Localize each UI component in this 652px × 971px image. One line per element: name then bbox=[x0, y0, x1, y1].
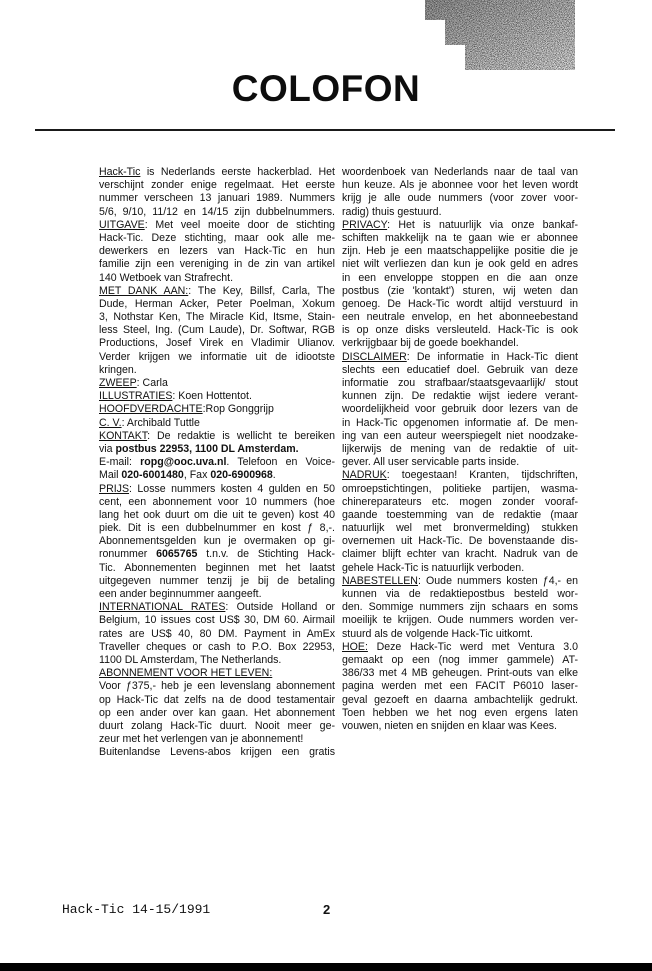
body-text: less Steel, Ing. (Cum Laude), Dr. Softwa… bbox=[99, 324, 335, 336]
scan-noise-decoration bbox=[425, 0, 575, 70]
body-text: hun keuze. Als je abonnee voor het leven… bbox=[342, 179, 578, 191]
body-text: Verder krijgen we informatie uit de idio… bbox=[99, 351, 335, 363]
text-line: lijkerwijs de mening van de redaktie of … bbox=[342, 443, 578, 456]
section-heading: ZWEEP bbox=[99, 377, 137, 389]
body-text: E-mail: bbox=[99, 456, 140, 468]
text-line: op Hack-Tic dat zelfs na de dood testame… bbox=[99, 694, 335, 707]
text-line: krijg je alle oude nummers (voor zover v… bbox=[342, 192, 578, 205]
section-heading: C. V. bbox=[99, 417, 122, 429]
text-line: ronummer 6065765 t.n.v. de Stichting Hac… bbox=[99, 548, 335, 561]
body-text: claimer blijft echter van kracht. Nadruk… bbox=[342, 548, 578, 560]
text-line: dewerkers en lezers van Hack-Tic en hun bbox=[99, 245, 335, 258]
body-text: informatie zou strafbaar/staatsgevaarlij… bbox=[342, 377, 578, 389]
body-text: zijn. Heb je een maatschappelijke positi… bbox=[342, 245, 578, 257]
text-line: ing van een auteur weerspiegelt niet noo… bbox=[342, 430, 578, 443]
text-line: den. Sommige nummers zijn schaars en som… bbox=[342, 601, 578, 614]
body-text: Hack-Tic. Deze stichting, maar ook alle … bbox=[99, 232, 335, 244]
section-heading: INTERNATIONAL RATES bbox=[99, 601, 225, 613]
text-line: UITGAVE: Met veel moeite door de stichti… bbox=[99, 219, 335, 232]
section-heading: ILLUSTRATIES bbox=[99, 390, 172, 402]
body-text: kunnen zijn. De redaktie wijst iedere ve… bbox=[342, 390, 578, 402]
text-line: schiften makkelijk na te gaan wie er abo… bbox=[342, 232, 578, 245]
body-text: t.n.v. de Stichting Hack- bbox=[197, 548, 335, 560]
text-line: een ander beginnummer aangeeft. bbox=[99, 588, 335, 601]
body-text: kringen. bbox=[99, 364, 137, 376]
body-text: schiften makkelijk na te gaan wie er abo… bbox=[342, 232, 578, 244]
text-line: INTERNATIONAL RATES: Outside Holland or bbox=[99, 601, 335, 614]
body-text: woordelijkheid voor gebruik door lezers … bbox=[342, 403, 578, 415]
text-line: NADRUK: toegestaan! Kranten, tijdschrift… bbox=[342, 469, 578, 482]
body-text: op Hack-Tic dat zelfs na de dood testame… bbox=[99, 694, 335, 706]
text-line: gever. All user servicable parts inside. bbox=[342, 456, 578, 469]
text-line: HOE: Deze Hack-Tic werd met Ventura 3.0 bbox=[342, 641, 578, 654]
text-line: slechts een educatief doel. Gebruik van … bbox=[342, 364, 578, 377]
text-line: Buitenlandse Levens-abos krijgen een gra… bbox=[99, 746, 335, 759]
section-heading: MET DANK AAN: bbox=[99, 285, 188, 297]
section-heading: HOOFDVERDACHTE bbox=[99, 403, 203, 415]
text-line: uitgegeven nummer tenzij je bij de betal… bbox=[99, 575, 335, 588]
text-line: via postbus 22953, 1100 DL Amsterdam. bbox=[99, 443, 335, 456]
body-text: dewerkers en lezers van Hack-Tic en hun bbox=[99, 245, 335, 257]
page-title: COLOFON bbox=[0, 68, 652, 110]
text-line: Tic. Abonnementen beginnen met het laats… bbox=[99, 562, 335, 575]
text-line: niet wilt verliezen dan kun je ook geld … bbox=[342, 258, 578, 271]
body-text: op een ander over kan gaan. Het abonneme… bbox=[99, 707, 335, 719]
text-line: ILLUSTRATIES: Koen Hottentot. bbox=[99, 390, 335, 403]
text-line: HOOFDVERDACHTE:Rop Gonggrijp bbox=[99, 403, 335, 416]
text-line: zeur met het verlengen van je abonnement… bbox=[99, 733, 335, 746]
body-text: postbus (zie 'kontakt') sturen, wij wete… bbox=[342, 285, 578, 297]
body-text: in een enveloppe stoppen en die aan onze bbox=[342, 272, 578, 284]
text-line: overnemen uit Hack-Tic. De bovenstaande … bbox=[342, 535, 578, 548]
text-line: PRIJS: Losse nummers kosten 4 gulden en … bbox=[99, 483, 335, 496]
body-text: zeur met het verlengen van je abonnement… bbox=[99, 733, 303, 745]
body-text: duurt zolang Hack-Tic duurt. Nooit meer … bbox=[99, 720, 335, 732]
text-line: kunnen via de redaktiepostbus besteld wo… bbox=[342, 588, 578, 601]
text-line: in Hack-Tic opgenomen informatie af. De … bbox=[342, 417, 578, 430]
body-text: vouwen, nieten en snijden en klaar was K… bbox=[342, 720, 557, 732]
text-line: hun keuze. Als je abonnee voor het leven… bbox=[342, 179, 578, 192]
text-line: gemaakt op een (nog immer gammele) AT- bbox=[342, 654, 578, 667]
text-line: Voor ƒ375,- heb je een levenslang abonne… bbox=[99, 680, 335, 693]
body-text: natuurlijk wel met bronvermelding) stukk… bbox=[342, 522, 578, 534]
text-line: rates are US$ 40, 80 DM. Payment in AmEx bbox=[99, 628, 335, 641]
body-text: Productions, Josef Virek en Vladimir Uli… bbox=[99, 337, 335, 349]
right-text-column: woordenboek van Nederlands naar de taal … bbox=[342, 166, 578, 733]
body-text: : Koen Hottentot. bbox=[172, 390, 252, 402]
text-line: cent, een abonnement voor 10 nummers (ho… bbox=[99, 496, 335, 509]
body-text: Abonnementsgelden kun je overmaken op gi… bbox=[99, 535, 335, 547]
text-line: Mail 020-6001480, Fax 020-6900968. bbox=[99, 469, 335, 482]
section-heading: PRIJS bbox=[99, 483, 129, 495]
body-text: : Het is natuurlijk via onze bankaf- bbox=[387, 219, 578, 231]
text-line: Verder krijgen we informatie uit de idio… bbox=[99, 351, 335, 364]
body-text: . bbox=[273, 469, 276, 481]
body-text: 3, Nothstar Ken, The Miracle Kid, Itsme,… bbox=[99, 311, 335, 323]
text-line: claimer blijft echter van kracht. Nadruk… bbox=[342, 548, 578, 561]
body-text: lijkerwijs de mening van de redaktie of … bbox=[342, 443, 578, 455]
body-text: is op onze disks versleuteld. Hack-Tic i… bbox=[342, 324, 578, 336]
text-line: MET DANK AAN:: The Key, Billsf, Carla, T… bbox=[99, 285, 335, 298]
body-text: Dude, Herman Acker, Peter Poelman, Xokum bbox=[99, 298, 335, 310]
body-text: . Telefoon en Voice- bbox=[226, 456, 335, 468]
body-text: 1100 DL Amsterdam, The Netherlands. bbox=[99, 654, 281, 666]
body-text: : The Key, Billsf, Carla, The bbox=[188, 285, 335, 297]
body-text: : Archibald Tuttle bbox=[122, 417, 200, 429]
body-text: ing van een auteur weerspiegelt niet noo… bbox=[342, 430, 578, 442]
section-heading: DISCLAIMER bbox=[342, 351, 407, 363]
text-line: Hack-Tic. Deze stichting, maar ook alle … bbox=[99, 232, 335, 245]
bold-text: ropg@ooc.uva.nl bbox=[140, 456, 226, 468]
body-text: slechts een educatief doel. Gebruik van … bbox=[342, 364, 578, 376]
section-heading: KONTAKT bbox=[99, 430, 147, 442]
bold-text: 020-6900968 bbox=[210, 469, 272, 481]
body-text: : toegestaan! Kranten, tijdschriften, bbox=[387, 469, 578, 481]
body-text: piek. Dit is een dubbelnummer en kost ƒ … bbox=[99, 522, 335, 534]
text-line: 3, Nothstar Ken, The Miracle Kid, Itsme,… bbox=[99, 311, 335, 324]
section-heading: PRIVACY bbox=[342, 219, 387, 231]
text-line: Toen hebben we het nog even ergens laten bbox=[342, 707, 578, 720]
text-line: geval gezoeft en daarna ambachtelijk ged… bbox=[342, 694, 578, 707]
body-text: gehele Hack-Tic is natuurlijk verboden. bbox=[342, 562, 524, 574]
text-line: Hack-Tic is Nederlands eerste hackerblad… bbox=[99, 166, 335, 179]
text-line: nummer verscheen 13 januari 1989. Nummer… bbox=[99, 192, 335, 205]
text-line: duurt zolang Hack-Tic duurt. Nooit meer … bbox=[99, 720, 335, 733]
text-line: stuurd als de volgende Hack-Tic uitkomt. bbox=[342, 628, 578, 641]
body-text: niet wilt verliezen dan kun je ook geld … bbox=[342, 258, 578, 270]
section-heading: Hack-Tic bbox=[99, 166, 140, 178]
body-text: den. Sommige nummers zijn schaars en som… bbox=[342, 601, 578, 613]
text-line: verkrijgbaar bij de goede boekhandel. bbox=[342, 337, 578, 350]
text-line: moeilijk te krijgen. Oude nummers worden… bbox=[342, 614, 578, 627]
body-text: overnemen uit Hack-Tic. De bovenstaande … bbox=[342, 535, 578, 547]
body-text: uitgegeven nummer tenzij je bij de betal… bbox=[99, 575, 335, 587]
text-line: een neutrale envelop, en het abonneebest… bbox=[342, 311, 578, 324]
text-line: Abonnementsgelden kun je overmaken op gi… bbox=[99, 535, 335, 548]
body-text: 5/6, 9/10, 11/12 en 14/15 zijn dubbelnum… bbox=[99, 206, 335, 218]
title-divider bbox=[35, 129, 615, 131]
body-text: chinereparateurs etc. mogen zonder voora… bbox=[342, 496, 578, 508]
body-text: 386/33 met 4 MB geheugen. Print-outs van… bbox=[342, 667, 578, 679]
text-line: chinereparateurs etc. mogen zonder voora… bbox=[342, 496, 578, 509]
text-line: gaande toestemming van de redaktie (maar bbox=[342, 509, 578, 522]
text-line: PRIVACY: Het is natuurlijk via onze bank… bbox=[342, 219, 578, 232]
text-line: Dude, Herman Acker, Peter Poelman, Xokum bbox=[99, 298, 335, 311]
body-text: stuurd als de volgende Hack-Tic uitkomt. bbox=[342, 628, 533, 640]
section-heading: ABONNEMENT VOOR HET LEVEN: bbox=[99, 667, 272, 679]
text-line: in een enveloppe stoppen en die aan onze bbox=[342, 272, 578, 285]
text-line: KONTAKT: De redaktie is wellicht te bere… bbox=[99, 430, 335, 443]
text-line: op een ander over kan gaan. Het abonneme… bbox=[99, 707, 335, 720]
text-line: is op onze disks versleuteld. Hack-Tic i… bbox=[342, 324, 578, 337]
body-text: , Fax bbox=[184, 469, 211, 481]
body-text: Belgium, 10 issues cost US$ 30, DM 60. A… bbox=[99, 614, 335, 626]
body-text: ronummer bbox=[99, 548, 156, 560]
section-heading: UITGAVE bbox=[99, 219, 145, 231]
text-line: postbus (zie 'kontakt') sturen, wij wete… bbox=[342, 285, 578, 298]
body-text: : Losse nummers kosten 4 gulden en 50 bbox=[129, 483, 335, 495]
scan-bottom-edge bbox=[0, 963, 652, 971]
left-text-column: Hack-Tic is Nederlands eerste hackerblad… bbox=[99, 166, 335, 759]
text-line: Traveller cheques or cash to P.O. Box 22… bbox=[99, 641, 335, 654]
page-number: 2 bbox=[323, 902, 330, 917]
text-line: Belgium, 10 issues cost US$ 30, DM 60. A… bbox=[99, 614, 335, 627]
body-text: : De redaktie is wellicht te bereiken bbox=[147, 430, 335, 442]
body-text: rates are US$ 40, 80 DM. Payment in AmEx bbox=[99, 628, 335, 640]
text-line: informatie zou strafbaar/staatsgevaarlij… bbox=[342, 377, 578, 390]
body-text: : Carla bbox=[137, 377, 168, 389]
footer-issue-label: Hack-Tic 14-15/1991 bbox=[62, 902, 210, 917]
text-line: natuurlijk wel met bronvermelding) stukk… bbox=[342, 522, 578, 535]
text-line: gehele Hack-Tic is natuurlijk verboden. bbox=[342, 562, 578, 575]
body-text: geval gezoeft en daarna ambachtelijk ged… bbox=[342, 694, 578, 706]
body-text: krijg je alle oude nummers (voor zover v… bbox=[342, 192, 578, 204]
body-text: Deze Hack-Tic werd met Ventura 3.0 bbox=[368, 641, 578, 653]
text-line: kunnen zijn. De redaktie wijst iedere ve… bbox=[342, 390, 578, 403]
text-line: DISCLAIMER: De informatie in Hack-Tic di… bbox=[342, 351, 578, 364]
text-line: E-mail: ropg@ooc.uva.nl. Telefoon en Voi… bbox=[99, 456, 335, 469]
text-line: NABESTELLEN: Oude nummers kosten ƒ4,- en bbox=[342, 575, 578, 588]
body-text: : Outside Holland or bbox=[225, 601, 335, 613]
text-line: ABONNEMENT VOOR HET LEVEN: bbox=[99, 667, 335, 680]
text-line: 140 Wetboek van Strafrecht. bbox=[99, 272, 335, 285]
text-line: piek. Dit is een dubbelnummer en kost ƒ … bbox=[99, 522, 335, 535]
body-text: gever. All user servicable parts inside. bbox=[342, 456, 519, 468]
text-line: radig) thuis gestuurd. bbox=[342, 206, 578, 219]
body-text: radig) thuis gestuurd. bbox=[342, 206, 442, 218]
section-heading: HOE: bbox=[342, 641, 368, 653]
bold-text: 020-6001480 bbox=[121, 469, 183, 481]
text-line: ZWEEP: Carla bbox=[99, 377, 335, 390]
body-text: nummer verscheen 13 januari 1989. Nummer… bbox=[99, 192, 335, 204]
body-text: is Nederlands eerste hackerblad. Het bbox=[140, 166, 335, 178]
body-text: : Oude nummers kosten ƒ4,- en bbox=[418, 575, 578, 587]
body-text: verkrijgbaar bij de goede boekhandel. bbox=[342, 337, 519, 349]
body-text: : De informatie in Hack-Tic dient bbox=[407, 351, 578, 363]
body-text: cent, een abonnement voor 10 nummers (ho… bbox=[99, 496, 335, 508]
body-text: : Met veel moeite door de stichting bbox=[145, 219, 335, 231]
body-text: een ander beginnummer aangeeft. bbox=[99, 588, 262, 600]
text-line: kringen. bbox=[99, 364, 335, 377]
text-line: woordenboek van Nederlands naar de taal … bbox=[342, 166, 578, 179]
body-text: verschijnt zonder enige regelmaat. Het e… bbox=[99, 179, 335, 191]
text-line: Productions, Josef Virek en Vladimir Uli… bbox=[99, 337, 335, 350]
text-line: verschijnt zonder enige regelmaat. Het e… bbox=[99, 179, 335, 192]
body-text: Voor ƒ375,- heb je een levenslang abonne… bbox=[99, 680, 335, 692]
text-line: pagina werden met een FACIT P6010 laser- bbox=[342, 680, 578, 693]
body-text: woordenboek van Nederlands naar de taal … bbox=[342, 166, 578, 178]
body-text: via bbox=[99, 443, 116, 455]
text-line: 386/33 met 4 MB geheugen. Print-outs van… bbox=[342, 667, 578, 680]
body-text: moeilijk te krijgen. Oude nummers worden… bbox=[342, 614, 578, 626]
body-text: gaande toestemming van de redaktie (maar bbox=[342, 509, 578, 521]
body-text: in Hack-Tic opgenomen informatie af. De … bbox=[342, 417, 578, 429]
body-text: kunnen via de redaktiepostbus besteld wo… bbox=[342, 588, 578, 600]
body-text: genoeg. De Hack-Tic wordt altijd verstuu… bbox=[342, 298, 578, 310]
body-text: Toen hebben we het nog even ergens laten bbox=[342, 707, 578, 719]
body-text: Traveller cheques or cash to P.O. Box 22… bbox=[99, 641, 335, 653]
body-text: gemaakt op een (nog immer gammele) AT- bbox=[342, 654, 578, 666]
text-line: C. V.: Archibald Tuttle bbox=[99, 417, 335, 430]
section-heading: NADRUK bbox=[342, 469, 387, 481]
body-text: pagina werden met een FACIT P6010 laser- bbox=[342, 680, 578, 692]
text-line: genoeg. De Hack-Tic wordt altijd verstuu… bbox=[342, 298, 578, 311]
body-text: omroepstichtingen, politieke partijen, w… bbox=[342, 483, 578, 495]
body-text: :Rop Gonggrijp bbox=[203, 403, 274, 415]
body-text: Buitenlandse Levens-abos krijgen een gra… bbox=[99, 746, 335, 758]
body-text: een neutrale envelop, en het abonneebest… bbox=[342, 311, 578, 323]
text-line: lang het ook duurt om die uit te geven) … bbox=[99, 509, 335, 522]
text-line: familie zijn een vereniging in de zin va… bbox=[99, 258, 335, 271]
text-line: 5/6, 9/10, 11/12 en 14/15 zijn dubbelnum… bbox=[99, 206, 335, 219]
bold-text: 6065765 bbox=[156, 548, 197, 560]
text-line: woordelijkheid voor gebruik door lezers … bbox=[342, 403, 578, 416]
body-text: 140 Wetboek van Strafrecht. bbox=[99, 272, 233, 284]
text-line: less Steel, Ing. (Cum Laude), Dr. Softwa… bbox=[99, 324, 335, 337]
text-line: zijn. Heb je een maatschappelijke positi… bbox=[342, 245, 578, 258]
text-line: omroepstichtingen, politieke partijen, w… bbox=[342, 483, 578, 496]
body-text: lang het ook duurt om die uit te geven) … bbox=[99, 509, 335, 521]
bold-text: postbus 22953, 1100 DL Amsterdam. bbox=[116, 443, 299, 455]
text-line: 1100 DL Amsterdam, The Netherlands. bbox=[99, 654, 335, 667]
body-text: Tic. Abonnementen beginnen met het laats… bbox=[99, 562, 335, 574]
body-text: familie zijn een vereniging in de zin va… bbox=[99, 258, 335, 270]
body-text: Mail bbox=[99, 469, 121, 481]
section-heading: NABESTELLEN bbox=[342, 575, 418, 587]
text-line: vouwen, nieten en snijden en klaar was K… bbox=[342, 720, 578, 733]
